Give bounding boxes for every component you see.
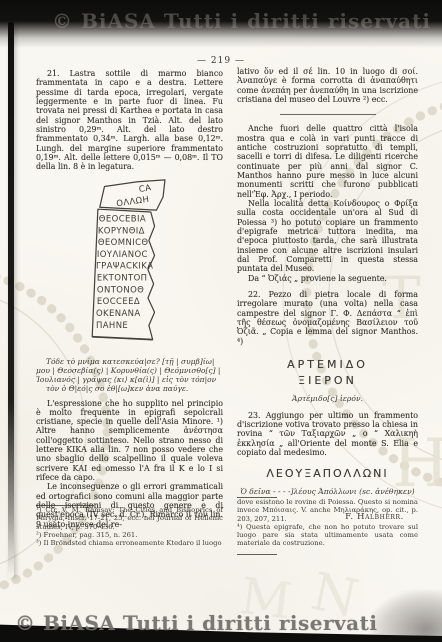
inscription-23: ΛΕΟΥΞΑΠΟΛΛΩΝΙ bbox=[237, 466, 418, 482]
stone-drawing: ϹΑ ΟΛΛΩΗ ΘΕΟϹΕΒΙΑ ΚΟΡΥΝΘΙΔ ΘΕΟΜΝΙϹΘ ΙΟΥΛ… bbox=[73, 178, 187, 350]
stone-line: ΓΡΑΨΑϹΚΙΚΑ bbox=[95, 261, 152, 271]
footnote: ²) Froehner, pag. 315, n. 261. bbox=[36, 531, 223, 539]
paragraph-23: 23. Aggiungo per ultimo un frammento d'i… bbox=[237, 411, 418, 458]
paragraph-lativo: lativo ὅν ed il σέ lin. 10 in luogo di σ… bbox=[237, 67, 418, 104]
right-column: lativo ὅν ed il σέ lin. 10 in luogo di σ… bbox=[237, 67, 418, 522]
footnote: ⁴) Questa epigrafe, che non ho potuto tr… bbox=[237, 523, 418, 548]
paragraph-anche: Anche fuori delle quattro città l'isola … bbox=[237, 124, 418, 199]
footnote: ¹) Cfr. V. M. Ramsay: The Cities and Bis… bbox=[36, 506, 223, 531]
scan-corner-noise bbox=[370, 590, 442, 642]
stone-line: ΟΛΛΩΗ bbox=[115, 194, 149, 209]
stone-line: ΠΑΗΝΕ bbox=[95, 320, 127, 330]
section-divider bbox=[280, 114, 376, 115]
transcription-line: Τόδε τὸ μνίμα κατεσκεύα|σε? [τῇ | συμβ]ί… bbox=[36, 357, 223, 366]
paragraph-da: Da “ Ὀζιάς „ proviene la seguente. bbox=[237, 274, 418, 283]
inscription-22: ΑΡΤΕΜΙΔΟ ΞΙΕΡΟΝ bbox=[237, 357, 418, 389]
paragraph-espressione: L'espressione che ho supplito nel princi… bbox=[36, 399, 223, 483]
transcription-line: μου | Θεοσεβία(ς) | Κορυνθία(ς) | Θεόμνι… bbox=[36, 366, 223, 375]
footnote: ³) Il Bröndsted chiama erroneamente Kted… bbox=[36, 539, 223, 547]
stone-line: ΟΝΤΟΝΟΘ bbox=[96, 285, 143, 295]
page-number: — 219 — bbox=[0, 56, 442, 66]
stone-line: ΕΟϹϹΕΕΔ bbox=[96, 297, 139, 307]
footnote: dove esistono le rovine di Poiessa. Ques… bbox=[237, 498, 418, 523]
transcription-line: τὸν ὁ Θ|εό|ς σο ἐθ|[ω]κεν ἀνα παύγε. bbox=[36, 384, 223, 393]
stone-line: ΘΕΟΜΝΙϹΘ bbox=[97, 238, 148, 248]
top-watermark: © BiASA Tutti i diritti riservati bbox=[52, 9, 431, 33]
scan-gutter-shadow bbox=[8, 22, 14, 578]
inscription-line: ΑΡΤΕΜΙΔΟ bbox=[237, 357, 418, 373]
right-footnotes: dove esistono le rovine di Poiessa. Ques… bbox=[237, 497, 418, 555]
transcription-21: Τόδε τὸ μνίμα κατεσκεύα|σε? [τῇ | συμβ]ί… bbox=[36, 357, 223, 394]
stone-line: ΕΚΤΟΝΤΟΠ bbox=[96, 273, 146, 283]
transcription-line: Ἰουλιανός | γράψας ⟨κι⟩ κ[α(ὶ)] | εἰς τὸ… bbox=[36, 375, 223, 384]
stone-line: ϹΑ bbox=[138, 183, 152, 195]
paragraph-nella: Nella località detta Κοίνδουρος o Φρίξα … bbox=[237, 199, 418, 274]
footnote-rule bbox=[237, 554, 277, 555]
paragraph-22: 22. Pezzo di pietra locale di forma irre… bbox=[237, 290, 418, 346]
stone-line: ΙΟΥΛΙΑΝΟϹ bbox=[96, 250, 147, 260]
bottom-watermark: © BiASA Tutti i diritti riservati bbox=[15, 611, 377, 635]
stone-line: ΚΟΡΥΝΘΙΔ bbox=[97, 226, 144, 236]
left-footnotes: ¹) Cfr. V. M. Ramsay: The Cities and Bis… bbox=[36, 505, 223, 547]
stone-line: ΟΚΕΝΑΝΑ bbox=[95, 309, 140, 319]
transcription-22: Ἀρτέμιδο[ς] ἱερόν. bbox=[237, 395, 418, 404]
paragraph-21: 21. Lastra sottile di marmo bianco framm… bbox=[36, 69, 223, 172]
inscription-figure: ϹΑ ΟΛΛΩΗ ΘΕΟϹΕΒΙΑ ΚΟΡΥΝΘΙΔ ΘΕΟΜΝΙϹΘ ΙΟΥΛ… bbox=[73, 178, 187, 352]
stone-line: ΘΕΟϹΕΒΙΑ bbox=[98, 214, 145, 224]
left-column: 21. Lastra sottile di marmo bianco framm… bbox=[36, 69, 223, 529]
scanned-page: T H N M © BiASA Tutti i diritti riservat… bbox=[0, 0, 442, 642]
transcription-23: Ὁ δεῖνα - - - -]λέους Ἀπόλλωνι (sc. ἀνέθ… bbox=[237, 488, 418, 497]
stone-base-line bbox=[92, 336, 152, 339]
inscription-line: ΞΙΕΡΟΝ bbox=[237, 373, 418, 389]
